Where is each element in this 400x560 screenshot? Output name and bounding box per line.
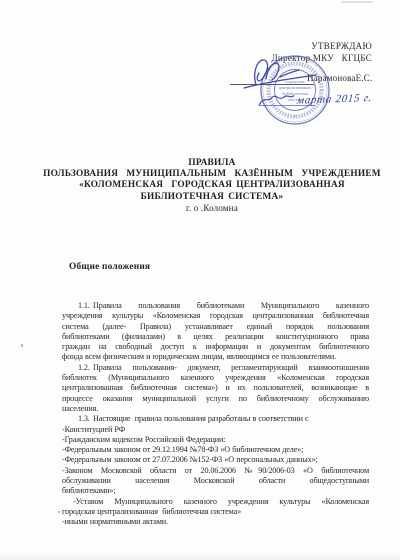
- body-line: обслуживании населения Московской област…: [62, 476, 369, 486]
- handwritten-date: марта 2015 г.: [257, 89, 372, 108]
- body-line: -Федеральным законом от 27.07.2006 №152-…: [62, 455, 369, 465]
- title-city: г. о .Коломна: [24, 203, 400, 214]
- body-line: -иными нормативными актами.: [62, 517, 369, 527]
- title-line: ПОЛЬЗОВАНИЯ МУНИЦИПАЛЬНЫМ КАЗЁННЫМ УЧРЕЖ…: [24, 169, 400, 180]
- clause-number: 1.3.: [70, 414, 93, 424]
- body-line: -Уставом Муниципального казенного учрежд…: [62, 497, 369, 507]
- handwritten-date-text: марта 2015 г.: [296, 92, 372, 107]
- title-line: БИБЛИОТЕЧНАЯ СИСТЕМА»: [24, 192, 400, 203]
- title-line: «КОЛОМЕНСКАЯ ГОРОДСКАЯ ЦЕНТРАЛИЗОВАННАЯ: [24, 180, 400, 191]
- document-page: УТВЕРЖДАЮ Директор МКУ КГЦБС ПарамоноваЕ…: [0, 0, 400, 560]
- body-line: система (далее- Правила) устанавливает е…: [62, 322, 369, 332]
- scan-smudge: [341, 1, 373, 3]
- clause-number: 1.2.: [70, 363, 93, 373]
- handwritten-day-squiggle: [257, 92, 296, 108]
- body-line: библиотеками (филиалами) в целях реализа…: [62, 332, 369, 342]
- body-line: библиотеками»;: [62, 486, 369, 496]
- body-line: -Федеральным законом от 29.12.1994 №78-Ф…: [62, 445, 369, 455]
- clause-number: 1.1.: [70, 301, 93, 311]
- body-line: процессе оказания муниципальной услуги п…: [62, 394, 369, 404]
- body-line: учреждения культуры «Коломенская городск…: [62, 311, 369, 321]
- document-title: ПРАВИЛА ПОЛЬЗОВАНИЯ МУНИЦИПАЛЬНЫМ КАЗЁНН…: [24, 158, 400, 214]
- body-line: -Конституцией РФ: [62, 425, 369, 435]
- body-line: -Гражданским кодексом Российской Федерац…: [62, 435, 369, 445]
- body-line: централизованная библиотечная система») …: [62, 383, 369, 393]
- signature-ink: [240, 55, 322, 93]
- approval-label: УТВЕРЖДАЮ: [271, 41, 372, 53]
- body-line: 1.3.Настоящие правила пользования разраб…: [62, 414, 369, 424]
- scan-speck: [58, 511, 60, 513]
- body-line: городская централизованная библиотечная …: [62, 507, 369, 517]
- body-text: 1.1.Правила пользования библиотеками Мун…: [62, 301, 369, 528]
- body-line: фонда всем физическим и юридическим лица…: [62, 352, 369, 362]
- body-line: граждан на свободный доступ к информации…: [62, 342, 369, 352]
- scan-speck: [21, 344, 23, 347]
- body-line: населения.: [62, 404, 369, 414]
- body-line: 1.2.Правила пользования- документ, регла…: [62, 363, 369, 373]
- body-line: -Законом Московской области от 20.06.200…: [62, 466, 369, 476]
- section-heading: Общие положения: [69, 262, 150, 272]
- title-line: ПРАВИЛА: [24, 158, 400, 169]
- body-line: 1.1.Правила пользования библиотеками Мун…: [62, 301, 369, 311]
- body-line: библиотек (Муниципального казенного учре…: [62, 373, 369, 383]
